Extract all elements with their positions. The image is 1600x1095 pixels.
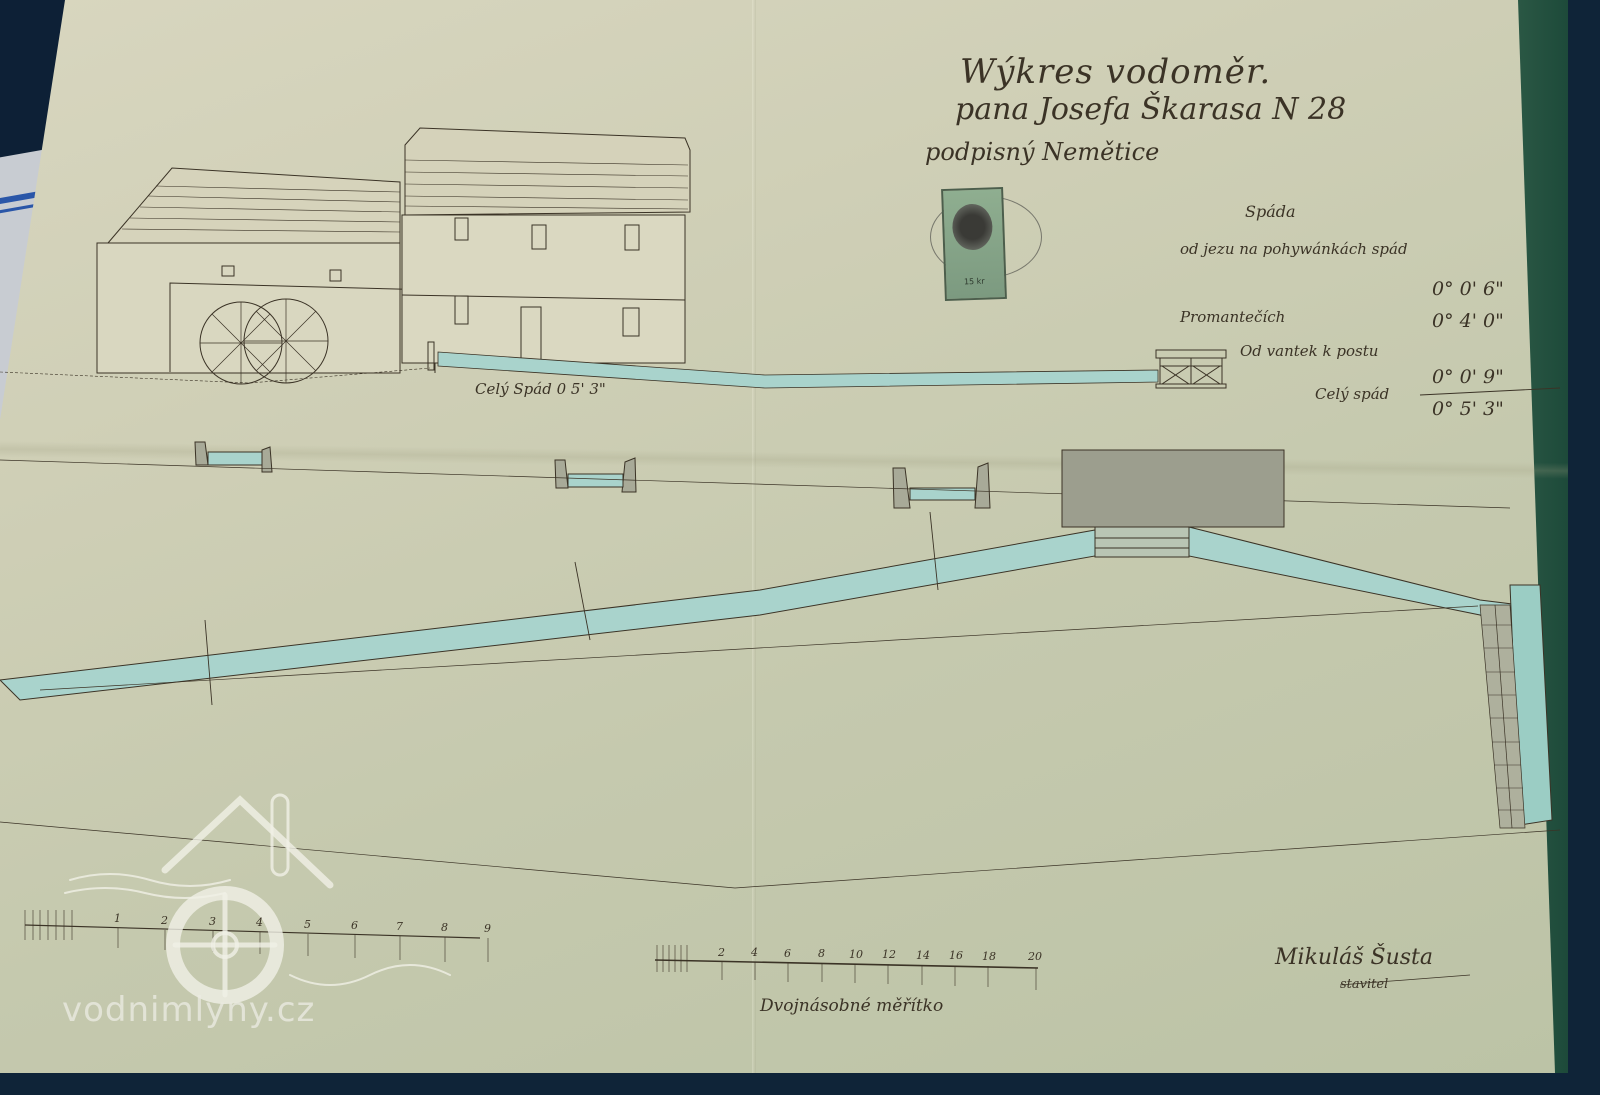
legend-row-label: Promantečích (1180, 308, 1285, 326)
channel-cross-section-b (555, 458, 636, 492)
legend-row-value: 0° 4' 0" (1432, 310, 1504, 332)
scale-caption: Dvojnásobné měřítko (760, 996, 943, 1016)
legend-row-label: Od vantek k postu (1240, 342, 1378, 360)
scale-tick-label: 8 (818, 947, 825, 960)
scale-tick-label: 18 (982, 950, 996, 963)
legend-row-value: 0° 0' 6" (1432, 278, 1504, 300)
scale-tick-label: 2 (718, 946, 725, 959)
scale-tick-label: 10 (849, 948, 863, 961)
legend-row-label: od jezu na pohywánkách spád (1180, 240, 1408, 258)
section-markers (205, 512, 938, 705)
stamp-portrait (952, 203, 994, 250)
signature-name: Mikuláš Šusta (1275, 945, 1433, 970)
right-scale-bar (655, 945, 1038, 990)
mill-building-left (97, 168, 435, 373)
scale-tick-label: 8 (441, 921, 448, 934)
scale-tick-label: 5 (304, 918, 311, 931)
scale-tick-label: 6 (351, 919, 358, 932)
legend-heading: Spáda (1245, 202, 1296, 221)
signature-role: stavitel (1340, 977, 1388, 992)
mill-race-plan-upstream (0, 530, 1095, 700)
scale-tick-label: 12 (882, 948, 896, 961)
mill-building-right (402, 128, 690, 363)
location-line: podpisný Nemětice (925, 138, 1159, 166)
technical-drawing (0, 0, 1568, 1073)
scale-tick-label: 16 (949, 949, 963, 962)
scale-tick-label: 20 (1028, 950, 1042, 963)
scale-tick-label: 6 (784, 947, 791, 960)
plan-title: Wýkres vodoměr. (960, 52, 1271, 92)
scale-tick-label: 9 (484, 922, 491, 935)
watermark-text: vodnimlyny.cz (62, 990, 315, 1030)
legend-row-value: 0° 5' 3" (1432, 398, 1504, 420)
scale-tick-label: 1 (114, 912, 121, 925)
flume-plan (1095, 527, 1189, 557)
legend-row-label: Celý spád (1315, 385, 1389, 403)
revenue-stamp: 15 kr (941, 187, 1007, 301)
scale-tick-label: 3 (209, 915, 216, 928)
scale-tick-label: 7 (396, 920, 403, 933)
stamp-face-value: 15 kr (950, 276, 998, 287)
total-fall-note: Celý Spád 0 5' 3" (475, 380, 606, 398)
scale-tick-label: 2 (161, 914, 168, 927)
scale-tick-label: 4 (256, 916, 263, 929)
vodnimlyny-logo (65, 795, 450, 997)
scale-tick-label: 4 (751, 946, 758, 959)
sluice-box (1156, 350, 1226, 388)
owner-line: pana Josefa Škarasa N 28 (955, 92, 1346, 127)
scale-tick-label: 14 (916, 949, 930, 962)
legend-row-value: 0° 0' 9" (1432, 366, 1504, 388)
mill-race-plan-downstream (1189, 527, 1520, 640)
mill-building-plan (1062, 450, 1284, 527)
channel-cross-section-c (893, 463, 990, 508)
